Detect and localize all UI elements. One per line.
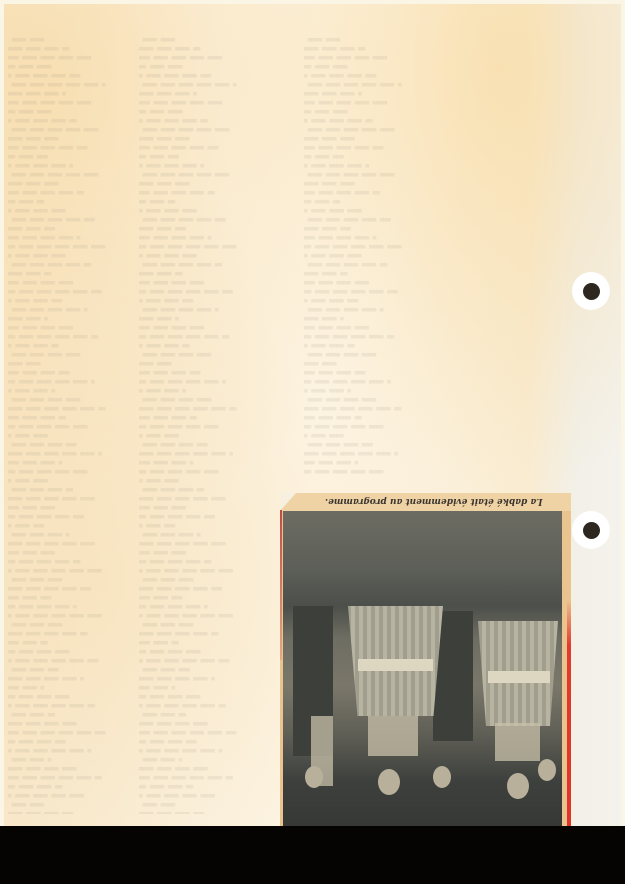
performer-face bbox=[305, 766, 323, 788]
red-edge-right bbox=[567, 600, 571, 828]
punch-hole-dot bbox=[583, 283, 600, 300]
dress-ruffle bbox=[488, 671, 550, 683]
dancer-face bbox=[507, 773, 529, 799]
dancer-face bbox=[378, 769, 400, 795]
dancer-bodice bbox=[368, 716, 418, 756]
punch-hole-dot bbox=[583, 522, 600, 539]
photo-caption: La dabké était évidemment au programme. bbox=[325, 496, 543, 506]
show-through-text-left: ▄▄▄▄ ▄▄▄▄ ▄▄▄▄ ▄▄▄▄ ▄▄▄▄ ▄▄ ▄▄▄ ▄▄▄▄ ▄▄▄… bbox=[8, 34, 128, 814]
red-edge-left bbox=[280, 510, 282, 660]
show-through-text-right: ▄▄▄▄ ▄▄▄▄ ▄▄▄▄ ▄▄▄▄ ▄▄▄▄ ▄▄ ▄▄▄ ▄▄▄▄ ▄▄▄… bbox=[304, 34, 554, 474]
performer-face bbox=[433, 766, 451, 788]
dress-ruffle bbox=[358, 659, 433, 671]
show-through-text-middle: ▄▄▄▄ ▄▄▄▄ ▄▄▄▄ ▄▄▄▄ ▄▄▄▄ ▄▄ ▄▄▄ ▄▄▄▄ ▄▄▄… bbox=[139, 34, 269, 814]
scan-bottom-band bbox=[0, 826, 625, 884]
punch-hole-bottom bbox=[572, 511, 610, 549]
caption-strip: La dabké était évidemment au programme. bbox=[280, 493, 571, 511]
folded-corner bbox=[280, 493, 296, 511]
dancer-bodice bbox=[495, 723, 540, 761]
performer-face bbox=[538, 759, 556, 781]
newspaper-clipping: La dabké était évidemment au programme. bbox=[280, 493, 571, 829]
dance-photo bbox=[283, 511, 562, 829]
punch-hole-top bbox=[572, 272, 610, 310]
